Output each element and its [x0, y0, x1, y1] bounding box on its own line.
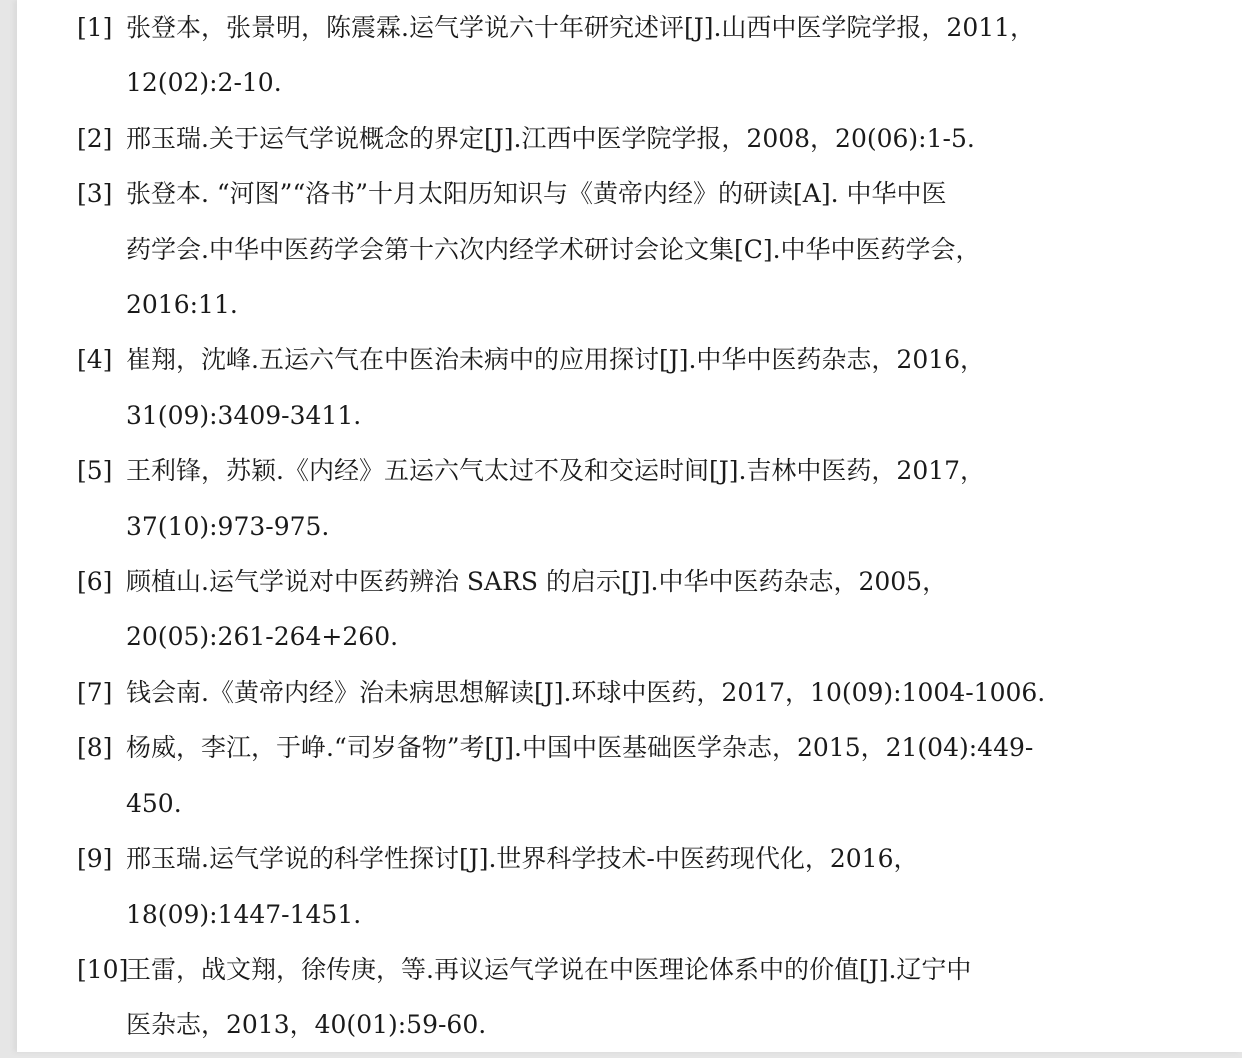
reference-number: [9] [77, 831, 112, 886]
reference-item: [4]崔翔，沈峰.五运六气在中医治未病中的应用探讨[J].中华中医药杂志，201… [77, 332, 1137, 443]
reference-number: [2] [77, 111, 112, 166]
reference-number: [8] [77, 720, 112, 775]
reference-text: 顾植山.运气学说对中医药辨治 SARS 的启示[J].中华中医药杂志，2005， [126, 554, 1137, 609]
reference-text-continuation: 18(09):1447-1451. [126, 887, 1137, 942]
reference-text: 张登本，张景明，陈震霖.运气学说六十年研究述评[J].山西中医学院学报，2011… [126, 0, 1137, 55]
reference-text-continuation: 12(02):2-10. [126, 55, 1137, 110]
reference-item: [8]杨威，李江，于峥.“司岁备物”考[J].中国中医基础医学杂志，2015，2… [77, 720, 1137, 831]
reference-text: 崔翔，沈峰.五运六气在中医治未病中的应用探讨[J].中华中医药杂志，2016， [126, 332, 1137, 387]
reference-item: [1]张登本，张景明，陈震霖.运气学说六十年研究述评[J].山西中医学院学报，2… [77, 0, 1137, 111]
reference-number: [10] [77, 942, 128, 997]
reference-text: 邢玉瑞.关于运气学说概念的界定[J].江西中医学院学报，2008，20(06):… [126, 111, 1137, 166]
reference-number: [4] [77, 332, 112, 387]
reference-item: [9]邢玉瑞.运气学说的科学性探讨[J].世界科学技术-中医药现代化，2016，… [77, 831, 1137, 942]
document-page: [1]张登本，张景明，陈震霖.运气学说六十年研究述评[J].山西中医学院学报，2… [17, 0, 1242, 1052]
reference-text-continuation: 医杂志，2013，40(01):59-60. [126, 997, 1137, 1052]
reference-number: [5] [77, 443, 112, 498]
reference-text: 杨威，李江，于峥.“司岁备物”考[J].中国中医基础医学杂志，2015，21(0… [126, 720, 1137, 775]
reference-text: 钱会南.《黄帝内经》治未病思想解读[J].环球中医药，2017，10(09):1… [126, 665, 1137, 720]
reference-item: [5]王利锋，苏颖.《内经》五运六气太过不及和交运时间[J].吉林中医药，201… [77, 443, 1137, 554]
reference-item: [7]钱会南.《黄帝内经》治未病思想解读[J].环球中医药，2017，10(09… [77, 665, 1137, 720]
reference-text-continuation: 20(05):261-264+260. [126, 609, 1137, 664]
reference-text-continuation: 2016:11. [126, 277, 1137, 332]
reference-list: [1]张登本，张景明，陈震霖.运气学说六十年研究述评[J].山西中医学院学报，2… [77, 0, 1137, 1053]
reference-text-continuation: 药学会.中华中医药学会第十六次内经学术研讨会论文集[C].中华中医药学会， [126, 222, 1137, 277]
reference-item: [3]张登本. “河图”“洛书”十月太阳历知识与《黄帝内经》的研读[A]. 中华… [77, 166, 1137, 332]
reference-number: [7] [77, 665, 112, 720]
reference-item: [10]王雷，战文翔，徐传庚，等.再议运气学说在中医理论体系中的价值[J].辽宁… [77, 942, 1137, 1053]
reference-text: 王雷，战文翔，徐传庚，等.再议运气学说在中医理论体系中的价值[J].辽宁中 [126, 942, 1137, 997]
reference-number: [3] [77, 166, 112, 221]
reference-text: 张登本. “河图”“洛书”十月太阳历知识与《黄帝内经》的研读[A]. 中华中医 [126, 166, 1137, 221]
reference-text-continuation: 31(09):3409-3411. [126, 388, 1137, 443]
reference-text-continuation: 37(10):973-975. [126, 499, 1137, 554]
reference-number: [1] [77, 0, 112, 55]
reference-text-continuation: 450. [126, 776, 1137, 831]
reference-text: 王利锋，苏颖.《内经》五运六气太过不及和交运时间[J].吉林中医药，2017， [126, 443, 1137, 498]
reference-item: [2]邢玉瑞.关于运气学说概念的界定[J].江西中医学院学报，2008，20(0… [77, 111, 1137, 166]
reference-number: [6] [77, 554, 112, 609]
reference-text: 邢玉瑞.运气学说的科学性探讨[J].世界科学技术-中医药现代化，2016， [126, 831, 1137, 886]
reference-item: [6]顾植山.运气学说对中医药辨治 SARS 的启示[J].中华中医药杂志，20… [77, 554, 1137, 665]
